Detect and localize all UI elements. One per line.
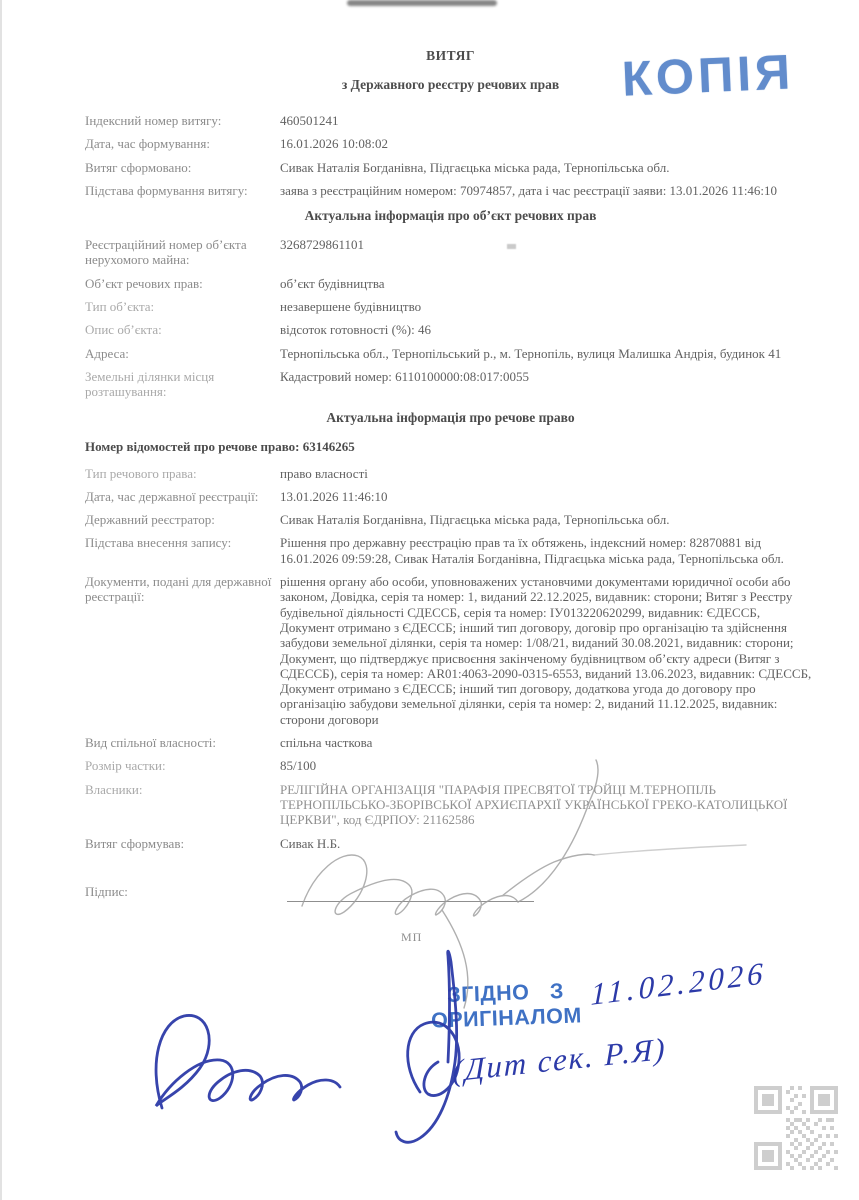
field-row: Реєстраційний номер об’єкта нерухомого м… xyxy=(85,237,816,268)
field-row: Підстава формування витягу: заява з реєс… xyxy=(85,183,816,198)
signature-label: Підпис: xyxy=(85,884,128,899)
field-label: Дата, час державної реєстрації: xyxy=(85,489,280,504)
stamp-line-2: ОРИГІНАЛОМ xyxy=(426,1003,587,1034)
field-label: Державний реєстратор: xyxy=(85,512,280,527)
document-body: ВИТЯГ з Державного реєстру речових прав … xyxy=(2,0,859,836)
field-value: рішення органу або особи, уповноважених … xyxy=(280,574,816,727)
field-label: Земельні ділянки місця розташування: xyxy=(85,369,280,400)
handwritten-note: (Дит сек. Р.Я) xyxy=(453,1031,667,1090)
field-label: Опис об’єкта: xyxy=(85,322,280,337)
document-subtitle: з Державного реєстру речових прав xyxy=(85,77,816,93)
field-value: відсоток готовності (%): 46 xyxy=(280,322,816,337)
field-row: Розмір частки: 85/100 xyxy=(85,758,816,773)
document-page: КОПІЯ ВИТЯГ з Державного реєстру речових… xyxy=(0,0,859,1200)
field-row: Тип речового права: право власності xyxy=(85,466,816,481)
field-label: Вид спільної власності: xyxy=(85,735,280,750)
field-value: Сивак Наталія Богданівна, Підгаєцька міс… xyxy=(280,512,816,527)
field-row: Індексний номер витягу: 460501241 xyxy=(85,113,816,128)
field-label: Витяг сформовано: xyxy=(85,160,280,175)
field-row: Витяг сформовано: Сивак Наталія Богданів… xyxy=(85,160,816,175)
formed-by-value: Сивак Н.Б. xyxy=(280,836,340,851)
field-value: Рішення про державну реєстрацію прав та … xyxy=(280,535,816,566)
field-label: Власники: xyxy=(85,782,280,828)
field-row: Вид спільної власності: спільна часткова xyxy=(85,735,816,750)
field-row: Державний реєстратор: Сивак Наталія Богд… xyxy=(85,512,816,527)
field-label: Тип речового права: xyxy=(85,466,280,481)
section-heading-object: Актуальна інформація про об’єкт речових … xyxy=(85,208,816,223)
field-value: заява з реєстраційним номером: 70974857,… xyxy=(280,183,816,198)
seal-placeholder: МП xyxy=(401,930,422,945)
field-row: Документи, подані для державної реєстрац… xyxy=(85,574,816,727)
field-label: Тип об’єкта: xyxy=(85,299,280,314)
field-label: Підстава формування витягу: xyxy=(85,183,280,198)
field-row: Земельні ділянки місця розташування: Кад… xyxy=(85,369,816,400)
field-row: Тип об’єкта: незавершене будівництво xyxy=(85,299,816,314)
field-label: Адреса: xyxy=(85,346,280,361)
field-row: Власники: РЕЛІГІЙНА ОРГАНІЗАЦІЯ "ПАРАФІЯ… xyxy=(85,782,816,828)
field-value: спільна часткова xyxy=(280,735,816,750)
field-label: Індексний номер витягу: xyxy=(85,113,280,128)
field-value: право власності xyxy=(280,466,816,481)
certification-signature xyxy=(156,951,459,1142)
field-value: об’єкт будівництва xyxy=(280,276,816,291)
qr-code xyxy=(754,1086,838,1170)
field-value: Сивак Наталія Богданівна, Підгаєцька міс… xyxy=(280,160,816,175)
field-value: РЕЛІГІЙНА ОРГАНІЗАЦІЯ "ПАРАФІЯ ПРЕСВЯТОЇ… xyxy=(280,782,816,828)
field-label: Підстава внесення запису: xyxy=(85,535,280,566)
field-value: 13.01.2026 11:46:10 xyxy=(280,489,816,504)
field-row: Дата, час формування: 16.01.2026 10:08:0… xyxy=(85,136,816,151)
field-value: 85/100 xyxy=(280,758,816,773)
signature-line xyxy=(287,901,534,902)
field-value: Тернопільська обл., Тернопільський р., м… xyxy=(280,346,816,361)
field-value: незавершене будівництво xyxy=(280,299,816,314)
field-row: Опис об’єкта: відсоток готовності (%): 4… xyxy=(85,322,816,337)
certified-true-copy-stamp: ЗГІДНО З ОРИГІНАЛОМ xyxy=(425,978,587,1034)
field-label: Об’єкт речових прав: xyxy=(85,276,280,291)
document-title: ВИТЯГ xyxy=(85,48,816,64)
record-number-line: Номер відомостей про речове право: 63146… xyxy=(85,439,816,454)
field-value: 460501241 xyxy=(280,113,816,128)
field-value: 16.01.2026 10:08:02 xyxy=(280,136,816,151)
field-label: Документи, подані для державної реєстрац… xyxy=(85,574,280,727)
field-row: Підстава внесення запису: Рішення про де… xyxy=(85,535,816,566)
field-label: Дата, час формування: xyxy=(85,136,280,151)
field-row: Об’єкт речових прав: об’єкт будівництва xyxy=(85,276,816,291)
field-label: Реєстраційний номер об’єкта нерухомого м… xyxy=(85,237,280,268)
field-label: Розмір частки: xyxy=(85,758,280,773)
section-heading-right: Актуальна інформація про речове право xyxy=(85,410,816,425)
field-value: 3268729861101 xyxy=(280,237,816,268)
field-row: Дата, час державної реєстрації: 13.01.20… xyxy=(85,489,816,504)
field-value: Кадастровий номер: 6110100000:08:017:005… xyxy=(280,369,816,400)
handwritten-date: 11.02.2026 xyxy=(590,955,767,1013)
field-row: Адреса: Тернопільська обл., Тернопільськ… xyxy=(85,346,816,361)
formed-by-label: Витяг сформував: xyxy=(85,836,184,851)
